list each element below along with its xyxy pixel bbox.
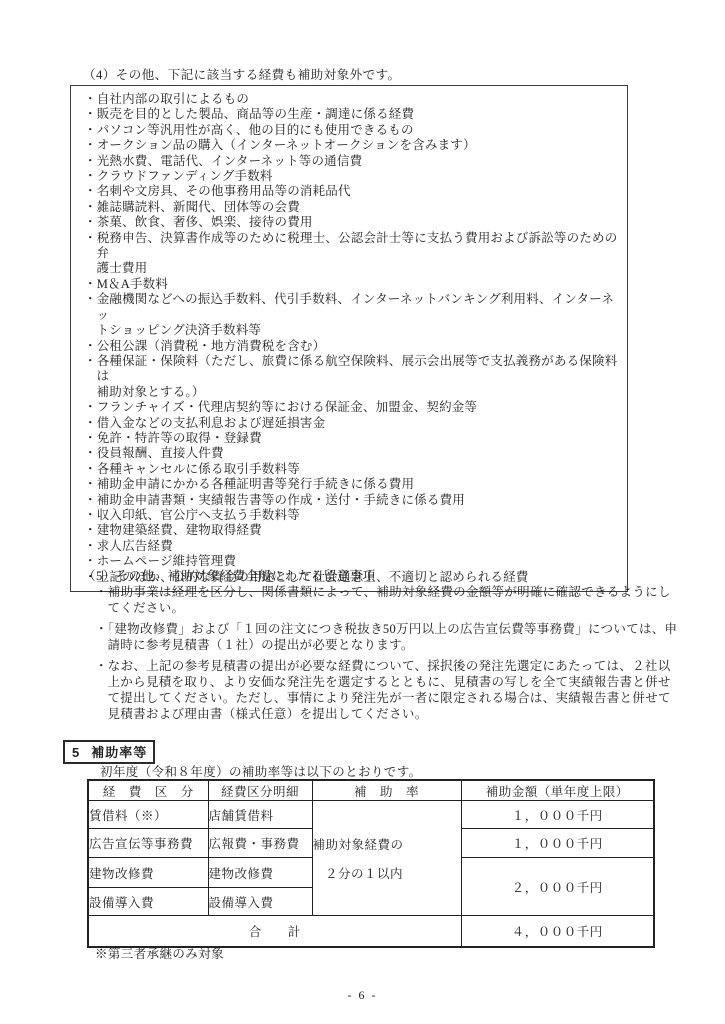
list-item: ・各種保証・保険料（ただし、旅費に係る航空保険料、展示会出展等で支払義務がある保… <box>84 354 625 400</box>
list-item: ・M＆A手数料 <box>84 277 625 292</box>
header-subsidy-rate: 補 助 率 <box>312 780 461 801</box>
section5-notes-heading: （5）その他、補助対象経費全般にわたる留意事項 <box>83 565 376 584</box>
list-item: ・公租公課（消費税・地方消費税を含む） <box>84 339 625 354</box>
cell-category: 賃借料（※） <box>88 801 208 829</box>
excluded-expenses-list: ・自社内部の取引によるもの・販売を目的とした製品、商品等の生産・調達に係る経費・… <box>84 92 625 585</box>
cell-detail: 設備導入費 <box>208 888 312 916</box>
section4-heading: （4）その他、下記に該当する経費も補助対象外です。 <box>83 64 401 83</box>
list-item: ・名刺や文房具、その他事務用品等の消耗品代 <box>84 184 625 199</box>
list-item: ・光熱水費、電話代、インターネット等の通信費 <box>84 154 625 169</box>
cell-amount: １，０００千円 <box>461 829 654 858</box>
list-item: ・補助金申請にかかる各種証明書等発行手続きに係る費用 <box>84 477 625 492</box>
cell-detail: 広報費・事務費 <box>208 829 312 858</box>
list-item: ・免許・特許等の取得・登録費 <box>84 431 625 446</box>
header-subsidy-amount: 補助金額（単年度上限） <box>461 780 654 801</box>
list-item: ・クラウドファンディング手数料 <box>84 169 625 184</box>
list-item: ・各種キャンセルに係る取引手数料等 <box>84 462 625 477</box>
list-item: ・販売を目的とした製品、商品等の生産・調達に係る経費 <box>84 107 625 122</box>
section5-title: 補助率等 <box>91 745 147 760</box>
list-item: ・役員報酬、直接人件費 <box>84 446 625 461</box>
subsidy-rate-table: 経 費 区 分 経費区分明細 補 助 率 補助金額（単年度上限） 賃借料（※） … <box>87 779 655 948</box>
rate-line-2: ２分の１以内 <box>313 864 461 882</box>
cell-category: 設備導入費 <box>88 888 208 916</box>
excluded-expenses-box: ・自社内部の取引によるもの・販売を目的とした製品、商品等の生産・調達に係る経費・… <box>70 85 628 592</box>
section5-number: 5 <box>72 745 80 760</box>
cell-category: 建物改修費 <box>88 858 208 888</box>
list-item: ・「建物改修費」および「１回の注文につき税抜き50万円以上の広告宣伝費等事務費」… <box>95 621 685 653</box>
list-item: ・収入印紙、官公庁へ支払う手数料等 <box>84 508 625 523</box>
list-item: ・金融機関などへの振込手数料、代引手数料、インターネットバンキング利用料、インタ… <box>84 292 625 338</box>
cell-amount: １，０００千円 <box>461 801 654 829</box>
list-item: ・補助事業は経理を区分し、関係書類によって、補助対象経費の金額等が明確に確認でき… <box>95 584 685 616</box>
cell-total-label: 合 計 <box>88 916 461 948</box>
list-item: ・フランチャイズ・代理店契約等における保証金、加盟金、契約金等 <box>84 400 625 415</box>
list-item: ・借入金などの支払利息および遅延損害金 <box>84 416 625 431</box>
section5-title-box: 5補助率等 <box>63 740 155 764</box>
cell-detail: 建物改修費 <box>208 858 312 888</box>
table-footnote: ※第三者承継のみ対象 <box>95 944 224 962</box>
table-total-row: 合 計 ４，０００千円 <box>88 916 654 948</box>
document-page: （4）その他、下記に該当する経費も補助対象外です。 ・自社内部の取引によるもの・… <box>0 0 725 1024</box>
list-item: ・補助金申請書類・実績報告書等の作成・送付・手続きに係る費用 <box>84 493 625 508</box>
list-item: ・自社内部の取引によるもの <box>84 92 625 107</box>
cell-category: 広告宣伝等事務費 <box>88 829 208 858</box>
notes-list: ・補助事業は経理を区分し、関係書類によって、補助対象経費の金額等が明確に確認でき… <box>95 584 685 722</box>
list-item: ・雑誌購読料、新聞代、団体等の会費 <box>84 200 625 215</box>
list-item: ・オークション品の購入（インターネットオークションを含みます） <box>84 138 625 153</box>
list-item: ・求人広告経費 <box>84 539 625 554</box>
list-item: ・パソコン等汎用性が高く、他の目的にも使用できるもの <box>84 123 625 138</box>
list-item: ・茶菓、飲食、奢侈、娯楽、接待の費用 <box>84 215 625 230</box>
header-expense-category: 経 費 区 分 <box>88 780 208 801</box>
page-number: - 6 - <box>0 988 725 1003</box>
cell-total-amount: ４，０００千円 <box>461 916 654 948</box>
cell-amount-merged: ２，０００千円 <box>461 858 654 916</box>
cell-subsidy-rate: 補助対象経費の ２分の１以内 <box>312 801 461 916</box>
list-item: ・なお、上記の参考見積書の提出が必要な経費について、採択後の発注先選定にあたって… <box>95 658 685 722</box>
cell-detail: 店舗賃借料 <box>208 801 312 829</box>
rate-line-1: 補助対象経費の <box>313 835 461 853</box>
list-item: ・建物建築経費、建物取得経費 <box>84 523 625 538</box>
table-row: 賃借料（※） 店舗賃借料 補助対象経費の ２分の１以内 １，０００千円 <box>88 801 654 829</box>
notes-section: ・補助事業は経理を区分し、関係書類によって、補助対象経費の金額等が明確に確認でき… <box>95 584 685 727</box>
list-item: ・税務申告、決算書作成等のために税理士、公認会計士等に支払う費用および訴訟等のた… <box>84 231 625 277</box>
table-header-row: 経 費 区 分 経費区分明細 補 助 率 補助金額（単年度上限） <box>88 780 654 801</box>
header-expense-detail: 経費区分明細 <box>208 780 312 801</box>
section5-intro: 初年度（令和８年度）の補助率等は以下のとおりです。 <box>100 762 422 780</box>
